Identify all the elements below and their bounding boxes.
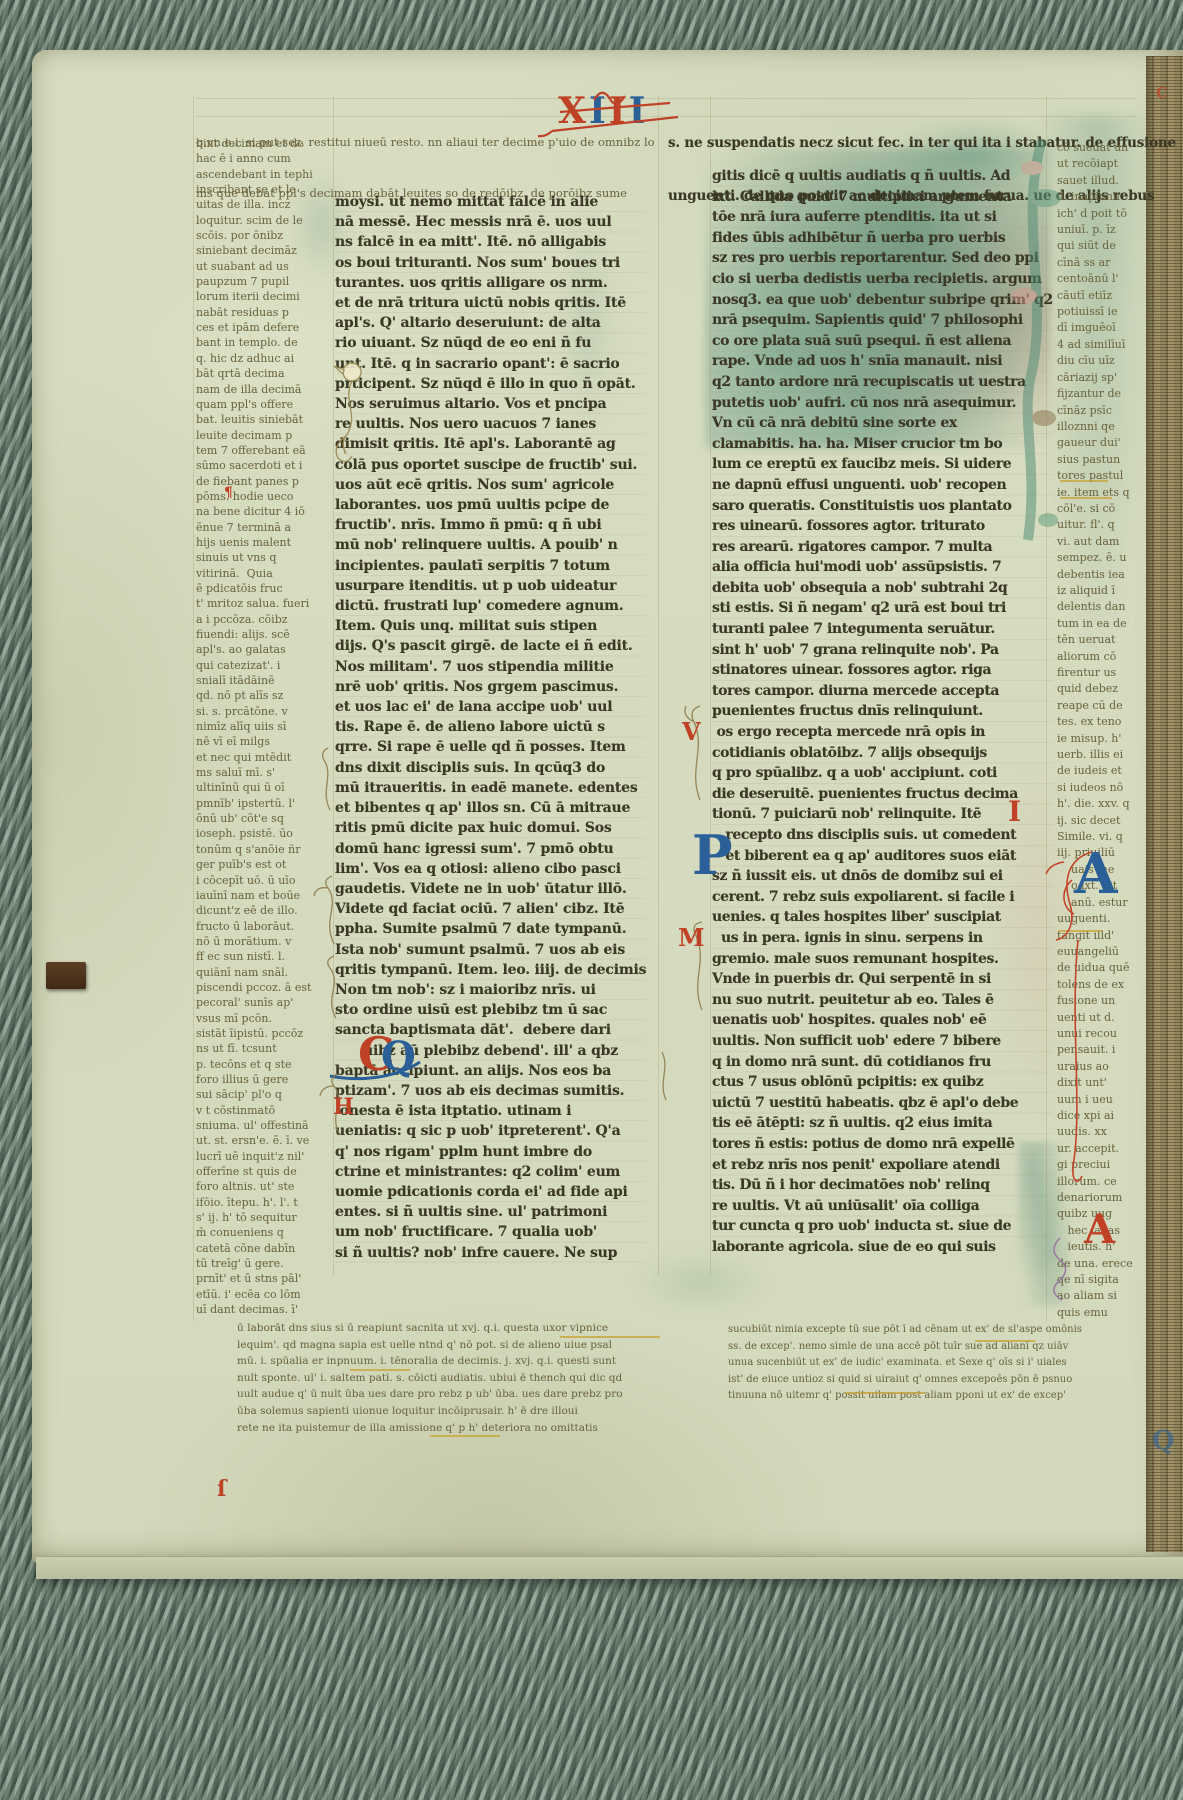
text-line: illoznni qe (1057, 419, 1133, 435)
text-line: v t cōstinmatō (196, 1103, 313, 1118)
text-line: na bene dicitur 4 iō (196, 504, 313, 519)
text-line: ie misup. h' (1057, 731, 1133, 747)
text-line: tū treīg' ū gere. (196, 1256, 313, 1271)
text-line: tem 7 offerebant eā (196, 443, 313, 458)
text-line: cō sueuat un (1057, 140, 1133, 156)
manuscript-photo: q.vn.e.i. si put sez. restitui niueū res… (0, 0, 1183, 1800)
text-line: ich' d poit tō (1057, 206, 1133, 222)
folio-edge-strip (1146, 56, 1183, 1552)
text-line: Vnde in puerbis dr. Qui serpentē in si (712, 969, 1053, 990)
text-line: sint h' uob' 7 grana relinquite nob'. Pa (712, 640, 1053, 661)
text-line: debita uob' obsequia a nob' subtrahi 2q (712, 578, 1053, 599)
text-line: uenti ut d. (1057, 1010, 1133, 1026)
text-line: onesta ē ista itptatio. utinam i (335, 1101, 646, 1121)
text-line: hac ē i anno cum (196, 151, 313, 166)
text-line: potiuissī ie (1057, 304, 1133, 320)
ochre-underline (560, 1336, 660, 1338)
text-line: Simile. vi. q (1057, 829, 1133, 845)
text-line: entes. si ñ uultis sine. ul' patrimoni (335, 1202, 646, 1222)
text-line: et biberent ea q ap' auditores suos eiāt (712, 846, 1053, 867)
text-line: ūba solemus sapienti uionue loquitur inc… (237, 1403, 623, 1420)
text-line: o lxt. dit (1057, 878, 1133, 894)
text-line: Ista nob' sumunt psalmū. 7 uos ab eis (335, 940, 646, 960)
text-line: ao aliam si (1057, 1288, 1133, 1304)
text-line: mū itraueritis. in eadē manete. edentes (335, 778, 646, 798)
text-line: uultis. Non sufficit uob' edere 7 bibere (712, 1031, 1053, 1052)
text-line: ms saluī mī. s' (196, 765, 313, 780)
text-line: usurpare itenditis. ut p uob uideatur (335, 576, 646, 596)
text-line: Nos militam'. 7 uos stipendia militie (335, 657, 646, 677)
text-line: ōnū ub' cōt'e sq (196, 811, 313, 826)
text-line: nō ū morātium. v (196, 934, 313, 949)
text-line: recepto dns disciplis suis. ut comedent (712, 825, 1053, 846)
text-line: reape cū de (1057, 698, 1133, 714)
text-line: rio uiuant. Sz nūqd de eo eni ñ fu (335, 333, 646, 353)
text-line: lucrī uē inquit'z nil' (196, 1149, 313, 1164)
text-line: dicunt'z eē de illo. (196, 903, 313, 918)
text-line: ut suabant ad us (196, 259, 313, 274)
text-line: pmnīb' ipstertū. l' (196, 796, 313, 811)
leather-tab (46, 962, 86, 989)
text-line: delentis dan (1057, 599, 1133, 615)
text-line: q' nos rigam' pplm hunt imbre do (335, 1142, 646, 1162)
text-line: iij. priuiliū (1057, 845, 1133, 861)
text-line: d. inapiunu (1057, 189, 1133, 205)
ruling-line (658, 96, 659, 1276)
text-line: ppha. Sumite psalmū 7 date tympanū. (335, 919, 646, 939)
text-line: tionū. 7 puiciarū nob' relinquite. Itē (712, 804, 1053, 825)
text-line: dns dixit disciplis suis. In qcūq3 do (335, 758, 646, 778)
text-line: fructib'. nrīs. Immo ñ pmū: q ñ ubi (335, 515, 646, 535)
text-line: res arearū. rigatores campor. 7 multa (712, 537, 1053, 558)
text-line: quibz uug (1057, 1206, 1133, 1222)
text-line: sancta baptismata dāt'. debere dari (335, 1020, 646, 1040)
text-line: cīnā ss ar (1057, 255, 1133, 271)
text-line: uerb. illis ei (1057, 747, 1133, 763)
ochre-underline (1060, 480, 1108, 482)
text-line: turantes. uos qritis alligare os nrm. (335, 273, 646, 293)
text-line: foro illius ū gere (196, 1072, 313, 1087)
text-line: fusione un (1057, 993, 1133, 1009)
text-line: die deseruitē. puenientes fructus decima (712, 784, 1053, 805)
text-line: tes. ex teno (1057, 714, 1133, 730)
text-line: nu suo nutrit. peuitetur ab eo. Tales ē (712, 990, 1053, 1011)
text-line: m̄ conueniens q (196, 1225, 313, 1240)
text-line: uenies. q tales hospites liber' suscipia… (712, 907, 1053, 928)
ochre-underline (430, 1435, 500, 1437)
text-line: lum ce ereptū ex faucibz meis. Si uidere (712, 454, 1053, 475)
text-line: sius pastun (1057, 452, 1133, 468)
text-line: hijs uenis malent (196, 535, 313, 550)
text-line: uniuī. p. īz (1057, 222, 1133, 238)
text-line: mū nob' relinquere uultis. A pouib' n (335, 535, 646, 555)
text-line: tur cuncta q pro uob' inducta st. siue d… (712, 1216, 1053, 1237)
text-line: us in pera. ignis in sinu. serpens in (712, 928, 1053, 949)
left-margin-gloss: bint decimam et dehac ē i anno cumascend… (196, 136, 313, 1317)
text-line: s' ij. h' tō sequitur (196, 1210, 313, 1225)
text-line: cāriazij sp' (1057, 370, 1133, 386)
text-line: cotidianis oblatōibz. 7 alijs obsequijs (712, 743, 1053, 764)
text-line: ueniatis: q sic p uob' itpreterent'. Q'a (335, 1121, 646, 1141)
text-line: denariorum (1057, 1190, 1133, 1206)
text-line: domū hanc igressi sum'. 7 pmō obtu (335, 839, 646, 859)
text-line: bant in templo. de (196, 335, 313, 350)
text-line: dixit unt' (1057, 1075, 1133, 1091)
text-line: lim'. Vos ea q otiosi: alieno cibo pasci (335, 859, 646, 879)
text-line: q in domo nrā sunt. dū cotidianos fru (712, 1052, 1053, 1073)
text-line: q2 tanto ardore nrā recupiscatis ut uest… (712, 372, 1053, 393)
text-line: mū. i. spūalia er inpnuum. i. tēnoralia … (237, 1353, 623, 1370)
text-line: iauīnī nam et boūe (196, 888, 313, 903)
text-line: ger puīb's est ot (196, 857, 313, 872)
text-line: sauet illud. (1057, 173, 1133, 189)
text-line: et nec qui mtēdit (196, 750, 313, 765)
text-line: Vn cū cā nrā debitū sine sorte ex (712, 413, 1053, 434)
text-line: siniebant decimāz (196, 243, 313, 258)
text-line: sz res pro uerbis reportarentur. Sed deo… (712, 248, 1053, 269)
text-line: q pro spūalibz. q a uob' accipiunt. coti (712, 763, 1053, 784)
text-line: gaudetis. Videte ne in uob' ūtatur illō. (335, 879, 646, 899)
text-line: debentis iea (1057, 567, 1133, 583)
text-line: de iudeis et (1057, 763, 1133, 779)
text-line: ur. accepit. (1057, 1141, 1133, 1157)
text-line: re uultis. Nos uero uacuos 7 ianes (335, 414, 646, 434)
text-line: tores campor. diurna mercede accepta (712, 681, 1053, 702)
text-line: firentur us (1057, 665, 1133, 681)
ruling-line (196, 98, 1136, 99)
text-line: qui catezizat'. i (196, 658, 313, 673)
text-line: tōe nrā iura auferre ptenditis. ita ut s… (712, 207, 1053, 228)
right-margin-gloss: cō sueuat unut recōiaptsauet illud.d. in… (1057, 140, 1133, 1321)
text-line: uum i ueu (1057, 1092, 1133, 1108)
text-line: nam de illa decimā (196, 382, 313, 397)
ochre-underline (1058, 930, 1102, 932)
text-line: quiānī nam snāl. (196, 965, 313, 980)
text-line: h'. die. xxv. q (1057, 796, 1133, 812)
text-line: baptā accipiunt. an alijs. Nos eos ba (335, 1061, 646, 1081)
text-line: offerīne st quis de (196, 1164, 313, 1179)
text-line: Videte qd faciat ociū. 7 alien' cibz. It… (335, 899, 646, 919)
text-line: et bibentes q ap' illos sn. Cū ā mitraue (335, 798, 646, 818)
text-line: qrre. Si rape ē uelle qd ñ posses. Item (335, 737, 646, 757)
text-line: tēn ueruat (1057, 632, 1133, 648)
text-line: vi. aut dam (1057, 534, 1133, 550)
text-line: lequim'. qd magna sapia est uelle ntnd q… (237, 1337, 623, 1354)
text-line: dice xpi ai (1057, 1108, 1133, 1124)
text-line: sto ordine uisū est plebibz tm ū sac (335, 1000, 646, 1020)
text-line: hec ia. as (1057, 1223, 1133, 1239)
text-line: puenientes fructus dnīs relinquiunt. (712, 701, 1053, 722)
text-line: ū laborāt dns sius si ū reapiunt sacnita… (237, 1320, 623, 1337)
text-line: rape. Vnde ad uos h' snīa manauit. nisi (712, 351, 1053, 372)
text-line: uudis. xx (1057, 1124, 1133, 1140)
main-text-column-1: moysi. ut nemo mittat falcē in alienā me… (335, 192, 646, 1263)
text-line: lxt. Callida quid' 7 multiplici argument… (712, 187, 1053, 208)
text-line: leuite decimam p (196, 428, 313, 443)
text-line: apl's. Q' altario deseruiunt: de alta (335, 313, 646, 333)
text-line: a i pccōza. cōibz (196, 612, 313, 627)
text-line: ff ec sun nistī. l. (196, 949, 313, 964)
text-line: cāutī etiīz (1057, 288, 1133, 304)
text-line: fijzantur de (1057, 386, 1133, 402)
text-line: stinatores uinear. fossores agtor. riga (712, 660, 1053, 681)
text-line: iz aliquid ī (1057, 583, 1133, 599)
text-line: uibz aū plebibz debend'. ill' a qbz (335, 1041, 646, 1061)
text-line: pōms. hodie ueco (196, 489, 313, 504)
text-line: q. hic dz adhuc ai (196, 351, 313, 366)
text-line: fides ūbis adhibētur ñ uerba pro uerbis (712, 228, 1053, 249)
text-line: si ñ uultis? nob' infre cauere. Ne sup (335, 1243, 646, 1263)
text-line: cio si uerba dedistis uerba recipietis. … (712, 269, 1053, 290)
text-line: colā pus oportet suscipe de fructib' sui… (335, 455, 646, 475)
text-line: ut recōiapt (1057, 156, 1133, 172)
text-line: fructo ū laborāut. (196, 919, 313, 934)
text-line: uitur. fl'. q (1057, 517, 1133, 533)
text-line: cerent. 7 rebz suis expoliarent. si faci… (712, 887, 1053, 908)
text-line: nosq3. ea que uob' debentur subripe qrim… (712, 290, 1053, 311)
text-line: ritis pmū dicite pax huic domui. Sos (335, 818, 646, 838)
text-line: lorum iterii decimi (196, 289, 313, 304)
text-line: nā messē. Hec messis nrā ē. uos uul (335, 212, 646, 232)
text-line: quis emu (1057, 1305, 1133, 1321)
text-line: laborante agricola. siue de eo qui suis (712, 1237, 1053, 1258)
text-line: scōis. por ōnibz (196, 228, 313, 243)
main-text-column-2: gitis dicē q uultis audiatis q ñ uultis.… (712, 166, 1053, 1257)
text-line: gremio. male suos remunant hospites. (712, 949, 1053, 970)
text-line: bint decimam et de (196, 136, 313, 151)
text-line: aliorum cō (1057, 649, 1133, 665)
text-line: tores pastul (1057, 468, 1133, 484)
text-line: dimisit qritis. Itē apl's. Laborantē ag (335, 434, 646, 454)
ochre-underline (975, 1340, 1035, 1342)
text-line: unua sucenbiūt ut ex' de iudic' examinat… (728, 1355, 1082, 1372)
text-line: t' mritoz salua. fueri (196, 596, 313, 611)
text-line: bat. leuitis siniebāt (196, 412, 313, 427)
text-line: ces et ipām defere (196, 320, 313, 335)
text-line: uult audue q' ū nult ūba ues dare pro re… (237, 1386, 623, 1403)
text-line: dijs. Q's pascit girgē. de lacte ei ñ ed… (335, 636, 646, 656)
text-line: tolens de ex (1057, 977, 1133, 993)
text-line: sniuma. ul' offestinā (196, 1118, 313, 1133)
text-line: qui siūt de (1057, 238, 1133, 254)
text-line: illorum. ce (1057, 1174, 1133, 1190)
text-line: moysi. ut nemo mittat falcē in alie (335, 192, 646, 212)
text-line: i cōcepīt uō. ū uīo (196, 873, 313, 888)
text-line: si. s. prcātōne. v (196, 704, 313, 719)
chapter-letter: I (609, 90, 629, 132)
ochre-underline (350, 1369, 410, 1371)
text-line: nrā psequim. Sapientis quid' 7 philosoph… (712, 310, 1053, 331)
text-line: gi preciui (1057, 1157, 1133, 1173)
text-line: ieutis. h' (1057, 1239, 1133, 1255)
text-line: ns falcē in ea mitt'. Itē. nō alligabis (335, 232, 646, 252)
text-line: tonūm q s'anōie ñr (196, 842, 313, 857)
text-line: ctus 7 usus oblōnū pcipitis: ex quibz (712, 1072, 1053, 1093)
text-line: uos aūt ecē qritis. Nos sum' agricole (335, 475, 646, 495)
text-line: sempez. ē. u (1057, 550, 1133, 566)
text-line: ēnue 7 terminā a (196, 520, 313, 535)
text-line: centoānū l' (1057, 271, 1133, 287)
text-line: sūmo sacerdoti et i (196, 458, 313, 473)
text-line: cīnāz psīc (1057, 403, 1133, 419)
text-line: ptizam'. 7 uos ab eis decimas sumitis. (335, 1081, 646, 1101)
text-line: pecoral' sunīs ap' (196, 995, 313, 1010)
text-line: uais ne (1057, 862, 1133, 878)
text-line: sti estis. Si ñ negam' q2 urā est boui t… (712, 598, 1053, 619)
text-line: nimīz alīq uiis sī (196, 719, 313, 734)
text-line: sucubiūt nimia excepte tū sue pōt ī ad c… (728, 1322, 1082, 1339)
text-line: res uinearū. fossores agtor. triturato (712, 516, 1053, 537)
text-line: Nos seruimus altario. Vos et pncipa (335, 394, 646, 414)
text-line: prticipent. Sz nūqd ē illo in quo ñ opāt… (335, 374, 646, 394)
text-line: bāt qrtā decima (196, 366, 313, 381)
text-line: tum in ea de (1057, 616, 1133, 632)
text-line: quid debez (1057, 681, 1133, 697)
text-line: dī imguēoī (1057, 320, 1133, 336)
text-line: clamabitis. ha. ha. Miser crucior tm bo (712, 434, 1053, 455)
text-line: cōl'e. si cō (1057, 501, 1133, 517)
text-line: Item. Quis unq. militat suis stipen (335, 616, 646, 636)
text-line: tis. Dū ñ i hor decimatōes nob' relinq (712, 1175, 1053, 1196)
text-line: ne dapnū effusi unguenti. uob' recopen (712, 475, 1053, 496)
ruling-line (193, 96, 194, 1321)
text-line: alia officia hui'modi uob' assūpsistis. … (712, 557, 1053, 578)
text-line: uraius ao (1057, 1059, 1133, 1075)
text-line: paupzum 7 pupil (196, 274, 313, 289)
text-line: unui recou (1057, 1026, 1133, 1042)
text-line: fiuendi: alijs. scē (196, 627, 313, 642)
text-line: putetis uob' aufri. cū nos nrā asequimur… (712, 393, 1053, 414)
text-line: sz ñ iussit eis. ut dnōs de domibz sui e… (712, 866, 1053, 887)
text-line: tis eē ātēpti: sz ñ uultis. q2 eius imit… (712, 1113, 1053, 1134)
text-line: de una. erece (1057, 1256, 1133, 1272)
text-line: vsus mī pcōn. (196, 1011, 313, 1026)
text-line: uitas de illa. incz (196, 197, 313, 212)
text-line: loquitur. scim de le (196, 213, 313, 228)
text-line: et uos lac ei' de lana accipe uob' uul (335, 697, 646, 717)
text-line: incipientes. paulatī serpitis 7 totum (335, 556, 646, 576)
text-line: qd. nō pt alīs sz (196, 688, 313, 703)
text-line: ist' de eiuce untioz si quid si uiraiut … (728, 1372, 1082, 1389)
text-line: foro altnis. ut' ste (196, 1179, 313, 1194)
text-line: sistāt īipistū. pccōz (196, 1026, 313, 1041)
text-line: de fiebant panes p (196, 474, 313, 489)
text-line: vitirinā. Quia (196, 566, 313, 581)
text-line: saro queratis. Constituistis uos plantat… (712, 496, 1053, 517)
text-line: piscendi pccoz. ā est (196, 980, 313, 995)
text-line: um nob' fructificare. 7 qualia uob' (335, 1222, 646, 1242)
text-line: gaueur dui' (1057, 435, 1133, 451)
text-line: anū. estur (1057, 895, 1133, 911)
text-line: de uidua quē (1057, 960, 1133, 976)
text-line: ifōio. ītepu. h'. l'. t (196, 1195, 313, 1210)
text-line: qritis tympanū. Item. leo. iiij. de deci… (335, 960, 646, 980)
text-line: nē vī eī milgs (196, 734, 313, 749)
text-line: ioseph. psistē. ūo (196, 826, 313, 841)
text-line: re uultis. Vt aū uniūsalit' oīa colliga (712, 1196, 1053, 1217)
ruling-line (710, 96, 711, 1276)
text-line: co ore plata suā suū psequi. ñ est alien… (712, 331, 1053, 352)
text-line: nabāt residuas p (196, 305, 313, 320)
text-line: et de nrā tritura uictū nobis qritis. It… (335, 293, 646, 313)
text-line: laborantes. uos pmū uultis pcipe de (335, 495, 646, 515)
text-line: uictū 7 uestitū habeatis. qbz ē apl'o de… (712, 1093, 1053, 1114)
chapter-letter: I (629, 90, 649, 132)
text-line: quam ppl's offere (196, 397, 313, 412)
text-line: os ergo recepta mercede nrā opis in (712, 722, 1053, 743)
text-line: ascendebant in tephi (196, 167, 313, 182)
text-line: nrē uob' qritis. Nos grgem pascimus. (335, 677, 646, 697)
text-line: et rebz nrīs nos penit' expoliare atendi (712, 1155, 1053, 1176)
text-line: catetā cōne dabīn (196, 1241, 313, 1256)
text-line: Non tm nob': sz i maioribz nrīs. ui (335, 980, 646, 1000)
text-line: uomie pdicationis corda ei' ad fide api (335, 1182, 646, 1202)
text-line: tinuuna nō uitemr q' possit uilam post a… (728, 1388, 1082, 1405)
text-line: qe nī sigita (1057, 1272, 1133, 1288)
text-line: euuangeliū (1057, 944, 1133, 960)
text-line: inscribant se et le (196, 182, 313, 197)
text-line: prnīt' et ū stns pāl' (196, 1271, 313, 1286)
text-line: si iudeos nō (1057, 780, 1133, 796)
text-line: dictū. frustrati lup' comedere agnum. (335, 596, 646, 616)
chapter-letter: I (589, 90, 609, 132)
chapter-letter: X (558, 90, 589, 132)
text-line: rete ne ita puistemur de illa amissione … (237, 1420, 623, 1437)
text-line: uī dant decimas. ī' (196, 1302, 313, 1317)
text-line: nult sponte. ul' i. saltem pati. s. cōic… (237, 1370, 623, 1387)
text-line: unt. Itē. q in sacrario opant': ē sacrio (335, 354, 646, 374)
ruling-line (333, 96, 334, 1276)
text-line: uuguenti. (1057, 911, 1133, 927)
text-line: snialī itādāinē (196, 673, 313, 688)
text-line: ē pdicatōis fruc (196, 581, 313, 596)
text-line: pensauit. i (1057, 1042, 1133, 1058)
text-line: turanti palee 7 integumenta seruātur. (712, 619, 1053, 640)
text-line: 4 ad similīuī (1057, 337, 1133, 353)
text-line: os boui trituranti. Nos sum' boues tri (335, 253, 646, 273)
under-leaf-edge (36, 1556, 1183, 1579)
text-line: ultinīnū qui ū oī (196, 780, 313, 795)
text-line: ij. sic decet (1057, 813, 1133, 829)
text-line: ns ut fī. tcsunt (196, 1041, 313, 1056)
text-line: tis. Rape ē. de alieno labore uictū s (335, 717, 646, 737)
ochre-underline (1060, 497, 1112, 499)
text-line: uenatis uob' hospites. quales nob' eē (712, 1010, 1053, 1031)
text-line: ut. st. ersn'e. ē. ī. ve (196, 1133, 313, 1148)
ochre-underline (845, 1392, 925, 1394)
chapter-number: XIII (558, 93, 648, 129)
text-line: ctrine et ministrantes: q2 colim' eum (335, 1162, 646, 1182)
text-line: gitis dicē q uultis audiatis q ñ uultis.… (712, 166, 1053, 187)
text-line: diu cīu uīz (1057, 353, 1133, 369)
text-line: apl's. ao galatas (196, 642, 313, 657)
text-line: sinuis ut vns q (196, 550, 313, 565)
text-line: etīū. i' ecēa co lōm (196, 1287, 313, 1302)
text-line: sui sācip' pl'o q (196, 1087, 313, 1102)
text-line: p. tecōns et q ste (196, 1057, 313, 1072)
text-line: tores ñ estis: potius de domo nrā expell… (712, 1134, 1053, 1155)
